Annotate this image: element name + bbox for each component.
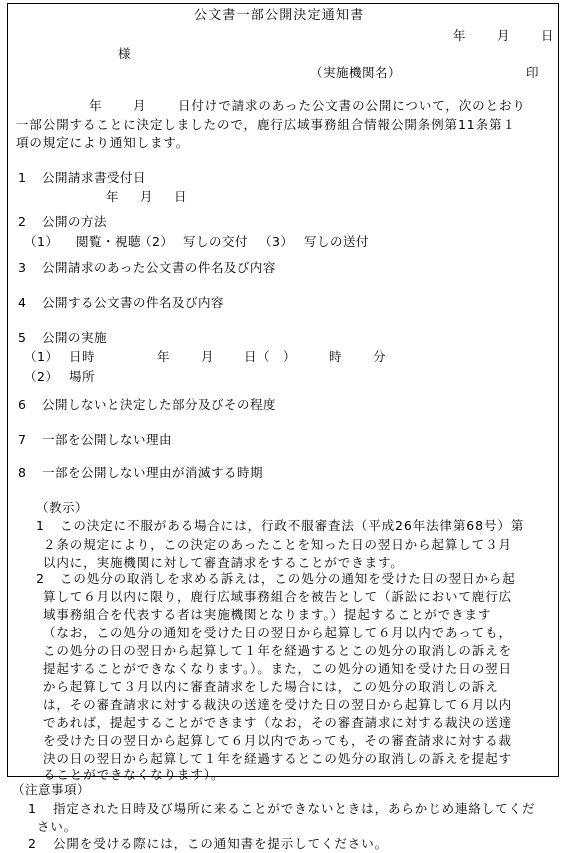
date-year-label: 年 xyxy=(453,28,466,44)
section-3-number: 3 xyxy=(18,260,26,276)
item-datetime-minute: 分 xyxy=(373,349,386,365)
option-3-label: 写しの送付 xyxy=(304,234,369,250)
note-1-line: 指定された日時及び場所に来ることができないときは，あらかじめ連絡してくだ xyxy=(53,801,535,817)
instruction-2-line: 域事務組合を代表する者は実施機関となります。）提起することができます xyxy=(43,607,491,623)
date-month-label: 月 xyxy=(497,28,510,44)
issuer-label: （実施機関名） xyxy=(310,65,401,81)
option-3-number: （3） xyxy=(259,234,293,250)
instruction-2-line: であれば，提起することができます（なお，その審査請求に対する裁決の送達 xyxy=(43,715,512,731)
item-place-number: （2） xyxy=(24,369,58,385)
notes-heading: （注意事項） xyxy=(12,782,90,798)
section-4-label: 公開する公文書の件名及び内容 xyxy=(42,295,224,311)
seal-mark: 印 xyxy=(526,65,539,81)
section-8-label: 一部を公開しない理由が消滅する時期 xyxy=(42,465,263,481)
addressee-suffix: 様 xyxy=(118,46,131,62)
section-5-number: 5 xyxy=(18,330,26,346)
item-datetime-number: （1） xyxy=(24,349,58,365)
section-1-label: 公開請求書受付日 xyxy=(42,170,146,186)
instruction-2-line: を受けた日の翌日から起算して６月以内であっても，その審査請求に対する裁 xyxy=(43,733,512,749)
instruction-1-number: 1 xyxy=(36,518,44,534)
item-datetime-day: 日（ ） xyxy=(244,349,296,365)
instruction-2-line: この処分の取消しを求める訴えは，この処分の通知を受けた日の翌日から起 xyxy=(60,571,516,587)
section-5-label: 公開の実施 xyxy=(42,330,107,346)
intro-line3: 項の規定により通知します。 xyxy=(16,135,189,151)
intro-year: 年 xyxy=(89,98,102,114)
instruction-2-line: （なお，この処分の通知を受けた日の翌日から起算して６月以内であっても， xyxy=(43,625,512,641)
section-6-label: 公開しないと決定した部分及びその程度 xyxy=(42,397,276,413)
option-2-number: （2） xyxy=(139,234,173,250)
instruction-2-line: ることができなくなります）。 xyxy=(43,767,224,783)
date-day-label: 日 xyxy=(541,28,554,44)
section-4-number: 4 xyxy=(18,295,26,311)
section-1-year: 年 xyxy=(106,189,119,205)
section-1-number: 1 xyxy=(18,170,26,186)
section-1-day: 日 xyxy=(174,189,187,205)
instruction-2-line: 提起することができなくなります。）。また，この処分の通知を受けた日の翌日 xyxy=(43,661,512,677)
intro-line1: 日付けで請求のあった公文書の公開について，次のとおり xyxy=(178,98,526,114)
section-6-number: 6 xyxy=(18,397,26,413)
instruction-2-line: から起算して３月以内に審査請求をした場合には，この処分の取消しの訴え xyxy=(43,679,499,695)
note-2-line: 公開を受ける際には，この通知書を提示してください。 xyxy=(53,836,388,852)
section-7-label: 一部を公開しない理由 xyxy=(42,432,172,448)
note-1-number: 1 xyxy=(28,801,36,817)
section-7-number: 7 xyxy=(18,432,26,448)
instruction-1-line: この決定に不服がある場合には，行政不服審査法（平成26年法律第68号）第 xyxy=(60,518,524,534)
instruction-1-line: ２条の規定により，この決定のあったことを知った日の翌日から起算して３月 xyxy=(43,537,512,553)
section-2-number: 2 xyxy=(18,214,26,230)
option-1-label: 閲覧・視聴 xyxy=(76,234,141,250)
note-2-number: 2 xyxy=(28,836,36,852)
section-2-label: 公開の方法 xyxy=(42,214,107,230)
item-datetime-hour: 時 xyxy=(329,349,342,365)
note-1-line: さい。 xyxy=(37,819,77,835)
intro-line2: 一部公開することに決定しましたので，鹿行広域事務組合情報公開条例第11条第１ xyxy=(16,117,516,133)
instruction-2-line: 算して６月以内に限り，鹿行広域事務組合を被告として（訴訟において鹿行広 xyxy=(43,589,512,605)
item-datetime-label: 日時 xyxy=(69,349,95,365)
intro-month: 月 xyxy=(133,98,146,114)
instruction-1-line: 以内に，実施機関に対して審査請求をすることができます。 xyxy=(43,555,404,571)
document-title: 公文書一部公開決定通知書 xyxy=(194,8,364,24)
option-2-label: 写しの交付 xyxy=(183,234,248,250)
option-1-number: （1） xyxy=(24,234,58,250)
instruction-2-line: 決の日の翌日から起算して１年を経過するとこの処分の取消しの訴えを提起す xyxy=(43,751,512,767)
item-datetime-month: 月 xyxy=(201,349,214,365)
instruction-2-number: 2 xyxy=(36,571,44,587)
instruction-2-line: この処分の日の翌日から起算して１年を経過するとこの処分の取消しの訴えを xyxy=(43,643,512,659)
item-place-label: 場所 xyxy=(69,369,95,385)
instruction-heading: （教示） xyxy=(36,500,88,516)
item-datetime-year: 年 xyxy=(157,349,170,365)
section-1-month: 月 xyxy=(140,189,153,205)
instruction-2-line: は，その審査請求に対する裁決の送達を受けた日の翌日から起算して６月以内 xyxy=(43,697,512,713)
section-8-number: 8 xyxy=(18,465,26,481)
section-3-label: 公開請求のあった公文書の件名及び内容 xyxy=(42,260,276,276)
